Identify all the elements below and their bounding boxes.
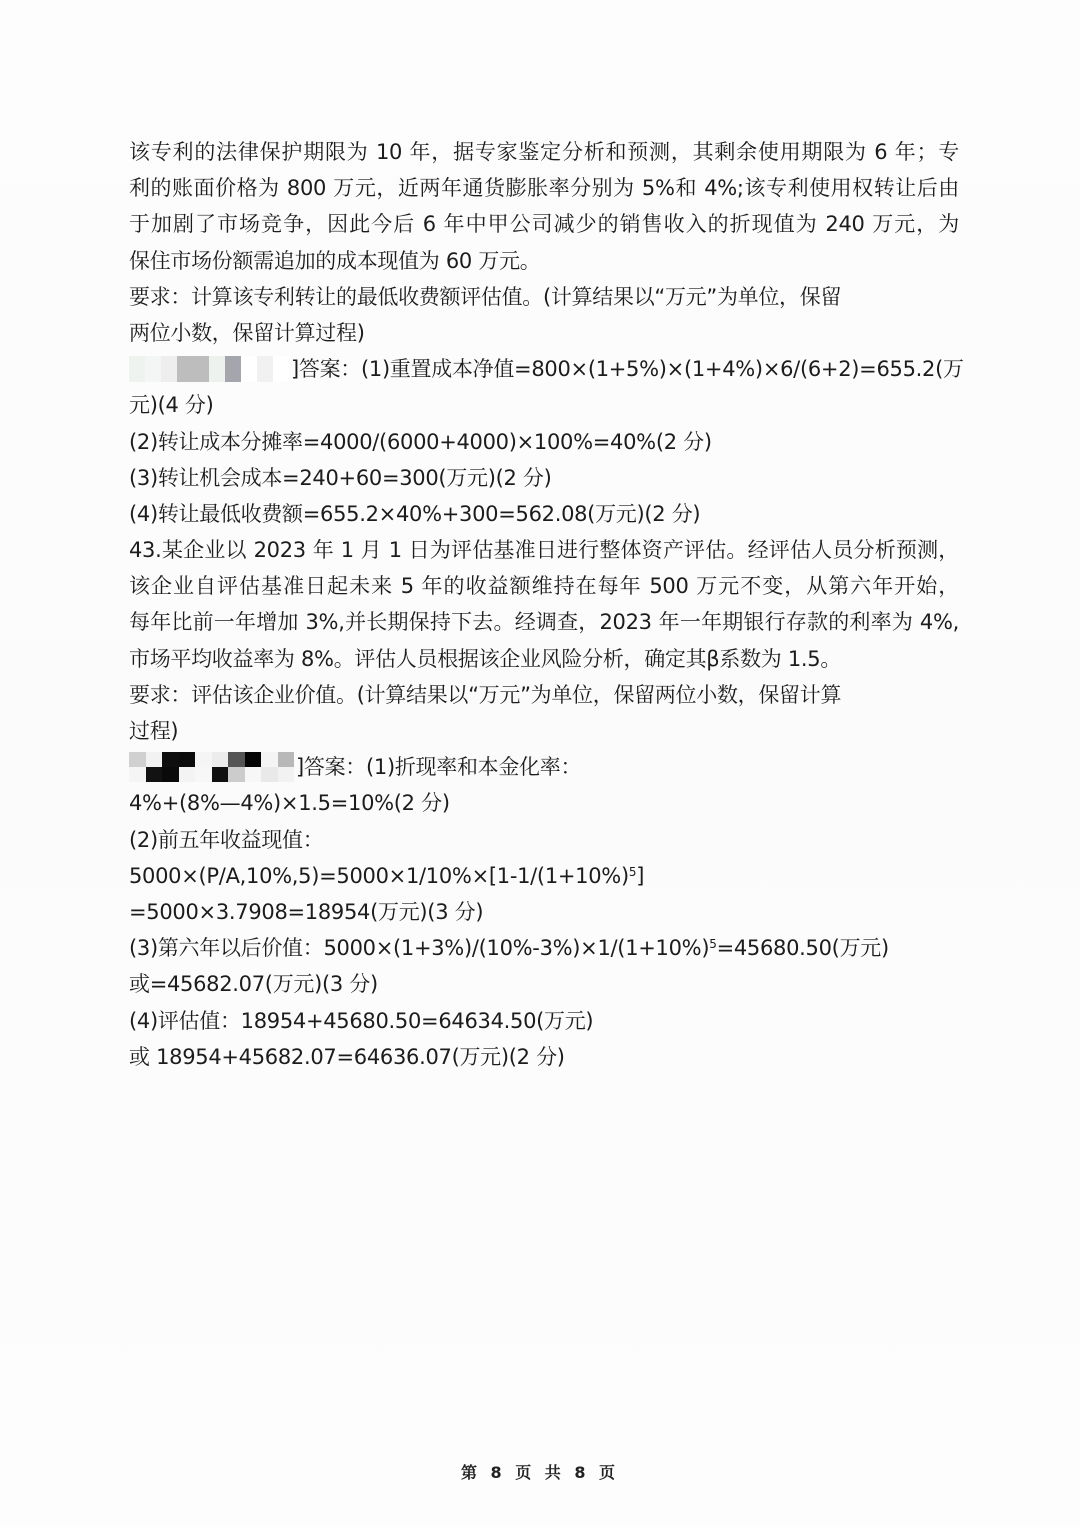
document-body: 该专利的法律保护期限为 10 年，据专家鉴定分析和预测，其剩余使用期限为 6 年…	[129, 134, 959, 1075]
formula-text: ]	[636, 864, 644, 888]
text-line: 或 18954+45682.07=64636.07(万元)(2 分)	[129, 1039, 959, 1075]
text-line: 或=45682.07(万元)(3 分)	[129, 966, 959, 1002]
answer-line: ]答案：(1)折现率和本金化率：	[129, 749, 959, 785]
text-line: 43.某企业以 2023 年 1 月 1 日为评估基准日进行整体资产评估。经评估…	[129, 532, 959, 568]
mosaic-cell	[245, 752, 262, 767]
formula-line: 5000×(P/A,10%,5)=5000×1/10%×[1-1/(1+10%)…	[129, 858, 959, 894]
mosaic-cell	[212, 767, 229, 782]
formula-text: (3)第六年以后价值：5000×(1+3%)/(10%-3%)×1/(1+10%…	[129, 936, 709, 960]
q43-question: 43.某企业以 2023 年 1 月 1 日为评估基准日进行整体资产评估。经评估…	[129, 532, 959, 677]
mosaic-cell	[257, 356, 273, 382]
formula-line: (3)第六年以后价值：5000×(1+3%)/(10%-3%)×1/(1+10%…	[129, 930, 959, 966]
text-line: 过程)	[129, 713, 959, 749]
text-line: 4%+(8%—4%)×1.5=10%(2 分)	[129, 785, 959, 821]
page-indicator: 第 8 页 共 8 页	[0, 1460, 1080, 1483]
answer-text: ]答案：(1)重置成本净值=800×(1+5%)×(1+4%)×6/(6+2)=…	[291, 351, 964, 387]
mosaic-cell	[146, 752, 163, 767]
q42-requirement: 要求：计算该专利转让的最低收费额评估值。(计算结果以“万元”为单位，保留 两位小…	[129, 279, 959, 351]
text-line: 于加剧了市场竞争，因此今后 6 年中甲公司减少的销售收入的折现值为 240 万元…	[129, 206, 959, 242]
text-line: 元)(4 分)	[129, 387, 959, 423]
answer-text: ]答案：(1)折现率和本金化率：	[296, 749, 581, 785]
text-line: 该企业自评估基准日起未来 5 年的收益额维持在每年 500 万元不变，从第六年开…	[129, 568, 959, 604]
q42-answer: ]答案：(1)重置成本净值=800×(1+5%)×(1+4%)×6/(6+2)=…	[129, 351, 959, 532]
text-line: (3)转让机会成本=240+60=300(万元)(2 分)	[129, 460, 959, 496]
mosaic-cell	[161, 356, 177, 382]
text-line: (2)前五年收益现值：	[129, 822, 959, 858]
mosaic-cell	[195, 752, 212, 767]
mosaic-cell	[228, 767, 245, 782]
mosaic-cell	[145, 356, 161, 382]
mosaic-cell	[225, 356, 241, 382]
q43-requirement: 要求：评估该企业价值。(计算结果以“万元”为单位，保留两位小数，保留计算 过程)	[129, 677, 959, 749]
redacted-mosaic	[129, 752, 294, 782]
text-line: 保住市场份额需追加的成本现值为 60 万元。	[129, 243, 959, 279]
formula-text: 5000×(P/A,10%,5)=5000×1/10%×[1-1/(1+10%)	[129, 864, 629, 888]
mosaic-cell	[129, 752, 146, 767]
mosaic-cell	[228, 752, 245, 767]
mosaic-cell	[177, 356, 193, 382]
text-line: 该专利的法律保护期限为 10 年，据专家鉴定分析和预测，其剩余使用期限为 6 年…	[129, 134, 959, 170]
mosaic-cell	[193, 356, 209, 382]
text-line: 要求：评估该企业价值。(计算结果以“万元”为单位，保留两位小数，保留计算	[129, 677, 959, 713]
text-line: (4)转让最低收费额=655.2×40%+300=562.08(万元)(2 分)	[129, 496, 959, 532]
mosaic-cell	[241, 356, 257, 382]
mosaic-cell	[278, 767, 295, 782]
answer-line: ]答案：(1)重置成本净值=800×(1+5%)×(1+4%)×6/(6+2)=…	[129, 351, 959, 387]
mosaic-cell	[162, 767, 179, 782]
mosaic-cell	[179, 767, 196, 782]
text-line: (2)转让成本分摊率=4000/(6000+4000)×100%=40%(2 分…	[129, 424, 959, 460]
q43-answer: ]答案：(1)折现率和本金化率： 4%+(8%—4%)×1.5=10%(2 分)…	[129, 749, 959, 1075]
mosaic-cell	[245, 767, 262, 782]
mosaic-cell	[209, 356, 225, 382]
exponent: 5	[709, 937, 716, 951]
mosaic-cell	[273, 356, 289, 382]
mosaic-cell	[212, 752, 229, 767]
mosaic-cell	[195, 767, 212, 782]
mosaic-cell	[162, 752, 179, 767]
redacted-mosaic	[129, 356, 289, 382]
text-line: 市场平均收益率为 8%。评估人员根据该企业风险分析，确定其β系数为 1.5。	[129, 641, 959, 677]
text-line: (4)评估值：18954+45680.50=64634.50(万元)	[129, 1003, 959, 1039]
text-line: 要求：计算该专利转让的最低收费额评估值。(计算结果以“万元”为单位，保留	[129, 279, 959, 315]
text-line: 利的账面价格为 800 万元，近两年通货膨胀率分别为 5%和 4%;该专利使用权…	[129, 170, 959, 206]
mosaic-cell	[278, 752, 295, 767]
mosaic-cell	[129, 767, 146, 782]
mosaic-cell	[146, 767, 163, 782]
mosaic-cell	[179, 752, 196, 767]
document-page: 该专利的法律保护期限为 10 年，据专家鉴定分析和预测，其剩余使用期限为 6 年…	[0, 0, 1080, 1527]
mosaic-cell	[261, 752, 278, 767]
mosaic-cell	[261, 767, 278, 782]
text-line: 每年比前一年增加 3%,并长期保持下去。经调查，2023 年一年期银行存款的利率…	[129, 604, 959, 640]
mosaic-cell	[129, 356, 145, 382]
formula-text: =45680.50(万元)	[717, 936, 889, 960]
text-line: 两位小数，保留计算过程)	[129, 315, 959, 351]
intro-paragraph: 该专利的法律保护期限为 10 年，据专家鉴定分析和预测，其剩余使用期限为 6 年…	[129, 134, 959, 279]
text-line: =5000×3.7908=18954(万元)(3 分)	[129, 894, 959, 930]
